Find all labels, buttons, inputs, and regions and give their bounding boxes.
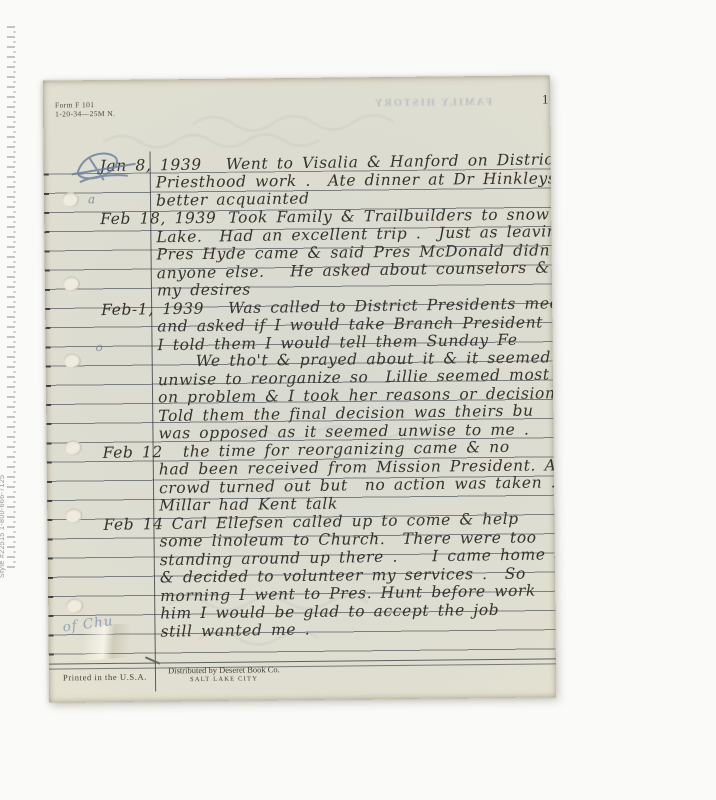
margin-mark-2: o xyxy=(95,340,102,354)
scanner-edge-marks-2 xyxy=(13,31,16,566)
entry-text: my desires xyxy=(157,280,251,299)
bottom-double-rule xyxy=(49,658,556,669)
entry-text: him I would be glad to accept the job xyxy=(160,601,499,623)
entry-text: Millar had Kent talk xyxy=(159,495,338,515)
hole-punch xyxy=(65,440,82,455)
entry-date: Feb 14 xyxy=(103,515,164,534)
margin-mark-1: a xyxy=(88,192,95,206)
entry-date: Feb 12 xyxy=(103,443,164,462)
form-number: Form F 101 1-20-34—25M N. xyxy=(55,101,115,119)
distributor-line1: Distributed by Deseret Book Co. xyxy=(168,664,280,675)
distributor-imprint: Distributed by Deseret Book Co. SALT LAK… xyxy=(159,665,289,684)
form-number-line2: 1-20-34—25M N. xyxy=(55,109,115,118)
hole-punch xyxy=(64,353,81,368)
scanner-edge-label: Style #22515 1-800-666-7125 xyxy=(0,428,6,578)
journal-page: Form F 101 1-20-34—25M N. FAMILY HISTORY… xyxy=(43,75,556,702)
distributor-line2: SALT LAKE CITY xyxy=(159,674,289,684)
journal-rows: Jan 8, 1939Went to Visalia & Hanford on … xyxy=(43,75,550,80)
entry-date: Feb 18, 1939 xyxy=(100,209,216,228)
page-corner-mark: 1 xyxy=(542,91,549,107)
journal-row: my desires xyxy=(101,280,251,301)
entry-text: better acquainted xyxy=(156,189,310,209)
printed-in-usa: Printed in the U.S.A. xyxy=(63,672,147,683)
bleed-through-text: FAMILY HISTORY xyxy=(373,96,543,109)
hole-punch xyxy=(63,276,80,291)
entry-text: still wanted me . xyxy=(160,620,310,640)
hole-punch xyxy=(66,598,83,613)
hole-punch xyxy=(65,508,82,523)
hole-punch xyxy=(62,192,79,207)
entry-text: Priesthood work . Ate dinner at Dr Hinkl… xyxy=(156,169,557,191)
